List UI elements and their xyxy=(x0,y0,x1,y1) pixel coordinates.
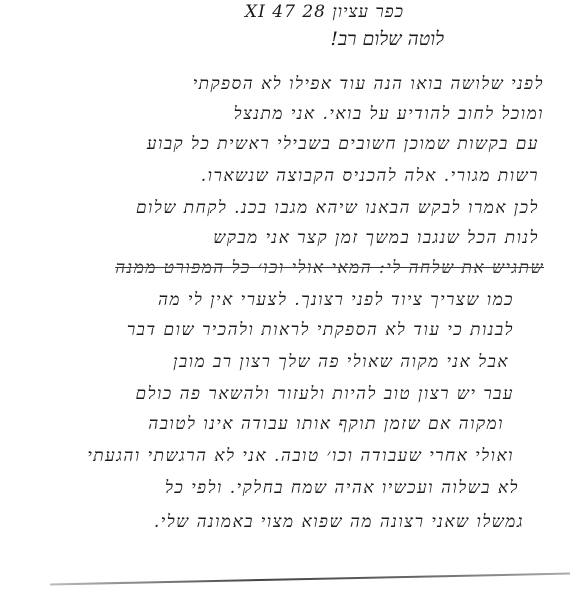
letter-line: ומוכל לחוב להודיע על בואי. אני מתנצל xyxy=(234,104,544,124)
letter-line: לבנות כי עוד לא הספקתי לראות ולהכיר שום … xyxy=(127,320,514,340)
letter-line: רשות מגורי. אלה להכניס הקבוצה שנשארו. xyxy=(201,166,539,186)
paper-bottom-edge xyxy=(50,573,570,586)
letter-line: ומקוה אם שזמן תוקף אותו עבודה אינו לטובה xyxy=(148,414,504,434)
letter-line: כמו שצריך ציוד לפני רצונך. לצערי אין לי … xyxy=(158,290,514,310)
letter-line: לא בשלוה ועכשיו אהיה שמח בחלקי. ולפי כל xyxy=(165,478,519,498)
letter-line: לכן אמרו לבקש הבאנו שיהא מגבו בכנ. לקחת … xyxy=(136,198,539,218)
letter-greeting: לוטה שלום רב! xyxy=(330,28,444,51)
letter-line: עבר יש רצון טוב להיות ולעזור ולהשאר פה כ… xyxy=(135,384,514,404)
letter-line: גמשלו שאני רצונה מה שפוא מצוי באמונה שלי… xyxy=(154,512,524,532)
header-place: כפר עציון xyxy=(332,2,404,22)
letter-line: ואולי אחרי שעבודה וכו׳ טובה. אני לא הרגש… xyxy=(87,446,514,466)
struck-letter-line: שתגיש את שלחה לי: המאי אולי וכו׳ כל המפו… xyxy=(115,258,544,278)
letter-line: לפני שלושה בואו הנה עוד אפילו לא הספקתי xyxy=(193,74,544,94)
header-date: 28 XI 47 xyxy=(245,2,326,22)
letter-header: כפר עציון 28 XI 47 xyxy=(223,2,404,22)
letter-line: לנות הכל שנגבו במשך זמן קצר אני מבקש xyxy=(213,228,539,248)
letter-line: עם בקשות שמוכן חשובים בשבילי ראשית כל קב… xyxy=(147,134,539,154)
letter-page: כפר עציון 28 XI 47 לוטה שלום רב! לפני של… xyxy=(0,0,584,600)
letter-line: אבל אני מקוה שאולי פה שלך רצון רב מובן xyxy=(173,352,509,372)
